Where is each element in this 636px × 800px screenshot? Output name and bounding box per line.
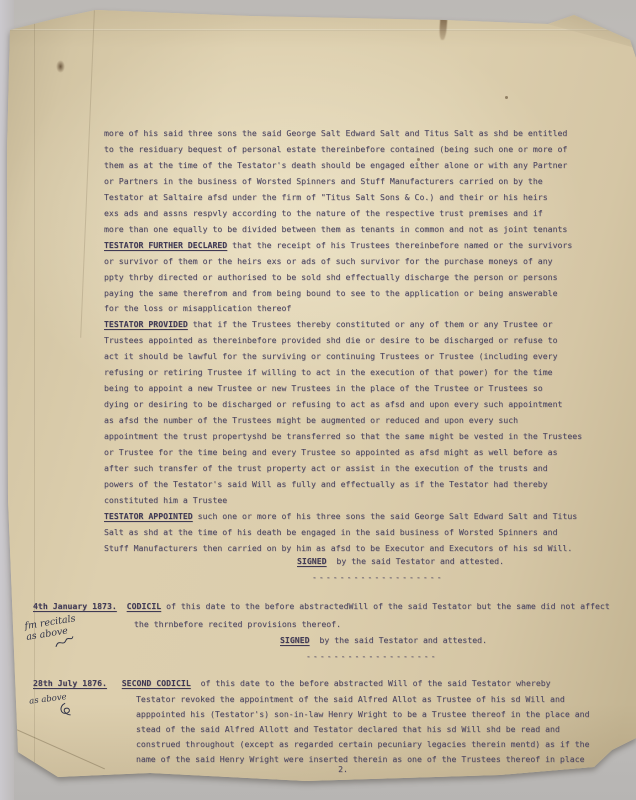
text-run: powers of the Testator's said Will as fu… bbox=[104, 479, 548, 489]
text-line: being to appoint a new Trustee or new Tr… bbox=[104, 381, 600, 397]
horizontal-fold-crease bbox=[0, 29, 636, 31]
text-run: more of his said three sons the said Geo… bbox=[104, 128, 567, 138]
text-line: ppty thrby directed or authorised to be … bbox=[104, 270, 600, 286]
text-run: them as at the time of the Testator's de… bbox=[104, 160, 567, 170]
codicil-1-headline: 4th January 1873. CODICIL of this date t… bbox=[33, 601, 610, 611]
underlined-text: SIGNED bbox=[297, 556, 327, 566]
text-run: for the loss or misapplication thereof bbox=[104, 303, 291, 313]
text-line: paying the same therefrom and from being… bbox=[104, 286, 600, 302]
text-run: Salt as shd at the time of his death be … bbox=[104, 527, 558, 537]
margin-note-handwritten: fm recitalsas above bbox=[24, 613, 80, 654]
page-number: 2. bbox=[104, 764, 582, 774]
text-line: or survivor of them or the heirs exs or … bbox=[104, 254, 600, 270]
text-line: refusing or retiring Trustee if willing … bbox=[104, 365, 600, 381]
underlined-text: 28th July 1876. bbox=[33, 678, 107, 688]
text-run: exs ads and assns respvly according to t… bbox=[104, 208, 543, 218]
text-run: such one or more of his three sons the s… bbox=[193, 511, 578, 521]
text-line: dying or desiring to be discharged or re… bbox=[104, 397, 600, 413]
codicil-2-continuation: Testator revoked the appointment of the … bbox=[136, 692, 590, 767]
text-run: being to appoint a new Trustee or new Tr… bbox=[104, 383, 543, 393]
text-run: by the said Testator and attested. bbox=[310, 635, 487, 645]
text-run: that the receipt of his Trustees therein… bbox=[227, 240, 572, 250]
text-line: construed throughout (except as regarded… bbox=[136, 737, 590, 752]
text-line: exs ads and assns respvly according to t… bbox=[104, 206, 600, 222]
underlined-text: TESTATOR PROVIDED bbox=[104, 319, 188, 329]
text-run: the thrnbefore recited provisions thereo… bbox=[134, 619, 341, 629]
attestation-line: SIGNED by the said Testator and attested… bbox=[297, 556, 504, 566]
text-run: refusing or retiring Trustee if willing … bbox=[104, 367, 553, 377]
underlined-text: TESTATOR APPOINTED bbox=[104, 511, 193, 521]
folded-corner-top-right bbox=[548, 14, 636, 48]
left-fold-crease bbox=[34, 6, 35, 776]
scanned-document-photo: more of his said three sons the said Geo… bbox=[0, 0, 636, 800]
text-line: or Trustee for the time being and every … bbox=[104, 445, 600, 461]
text-line: act it should be lawful for the survivin… bbox=[104, 349, 600, 365]
text-line: Salt as shd at the time of his death be … bbox=[104, 525, 600, 541]
text-line: powers of the Testator's said Will as fu… bbox=[104, 477, 600, 493]
underlined-text: 4th January 1873. bbox=[33, 601, 117, 611]
text-run: constituted him a Trustee bbox=[104, 495, 227, 505]
text-line: as afsd the number of the Trustees might… bbox=[104, 413, 600, 429]
text-run: Testator at Saltaire afsd under the firm… bbox=[104, 192, 548, 202]
will-abstract-body: more of his said three sons the said Geo… bbox=[104, 126, 600, 557]
underlined-text: TESTATOR FURTHER DECLARED bbox=[104, 240, 227, 250]
small-stain-mark bbox=[56, 60, 65, 73]
text-line: Trustees appointed as thereinbefore prov… bbox=[104, 333, 600, 349]
text-line: to the residuary bequest of personal est… bbox=[104, 142, 600, 158]
text-run: more than one equally to be divided betw… bbox=[104, 224, 567, 234]
text-run: or Partners in the business of Worsted S… bbox=[104, 176, 543, 186]
text-run bbox=[107, 678, 122, 688]
text-run: that if the Trustees thereby constituted… bbox=[188, 319, 553, 329]
paper-sheet: more of his said three sons the said Geo… bbox=[0, 0, 636, 800]
text-run: Stuff Manufacturers then carried on by h… bbox=[104, 543, 572, 553]
text-run: as afsd the number of the Trustees might… bbox=[104, 415, 518, 425]
text-line: the thrnbefore recited provisions thereo… bbox=[134, 617, 341, 633]
text-run: or survivor of them or the heirs exs or … bbox=[104, 256, 553, 266]
underlined-text: CODICIL bbox=[127, 601, 162, 611]
document-page: more of his said three sons the said Geo… bbox=[0, 0, 636, 800]
text-line: appointment the trust propertyshd be tra… bbox=[104, 429, 600, 445]
folded-corner-bottom-right bbox=[590, 742, 636, 778]
text-run: of this date to the before abstracted Wi… bbox=[191, 678, 551, 688]
text-run bbox=[117, 601, 127, 611]
text-run: stead of the said Alfred Allott and Test… bbox=[136, 724, 560, 734]
text-line: apppointed his (Testator's) son-in-law H… bbox=[136, 707, 590, 722]
text-line: after such transfer of the trust propert… bbox=[104, 461, 600, 477]
margin-note-handwritten: as above bbox=[29, 691, 76, 720]
text-line: Stuff Manufacturers then carried on by h… bbox=[104, 541, 600, 557]
text-run: construed throughout (except as regarded… bbox=[136, 739, 590, 749]
text-line: or Partners in the business of Worsted S… bbox=[104, 174, 600, 190]
paper-speck bbox=[505, 96, 508, 99]
separator-dashes: ------------------- bbox=[312, 572, 444, 582]
text-run: ppty thrby directed or authorised to be … bbox=[104, 272, 558, 282]
separator-dashes: ------------------- bbox=[306, 651, 438, 661]
ink-stain-mark bbox=[439, 6, 448, 40]
underlined-text: SECOND CODICIL bbox=[122, 678, 191, 688]
bottom-left-crease bbox=[0, 720, 105, 770]
text-run: dying or desiring to be discharged or re… bbox=[104, 399, 562, 409]
text-line: them as at the time of the Testator's de… bbox=[104, 158, 600, 174]
text-line: TESTATOR PROVIDED that if the Trustees t… bbox=[104, 317, 600, 333]
text-run: name of the said Henry Wright were inser… bbox=[136, 754, 585, 764]
codicil-1-continuation: the thrnbefore recited provisions thereo… bbox=[134, 617, 341, 633]
text-line: Testator revoked the appointment of the … bbox=[136, 692, 590, 707]
text-line: TESTATOR APPOINTED such one or more of h… bbox=[104, 509, 600, 525]
underlined-text: SIGNED bbox=[280, 635, 310, 645]
codicil-1-attestation-line: SIGNED by the said Testator and attested… bbox=[280, 635, 487, 645]
text-run: by the said Testator and attested. bbox=[327, 556, 504, 566]
codicil-2-headline: 28th July 1876. SECOND CODICIL of this d… bbox=[33, 678, 551, 688]
text-line: Testator at Saltaire afsd under the firm… bbox=[104, 190, 600, 206]
text-run: of this date to the before abstractedWil… bbox=[161, 601, 610, 611]
text-line: stead of the said Alfred Allott and Test… bbox=[136, 722, 590, 737]
text-run: paying the same therefrom and from being… bbox=[104, 288, 558, 298]
text-run: Trustees appointed as thereinbefore prov… bbox=[104, 335, 558, 345]
text-run: apppointed his (Testator's) son-in-law H… bbox=[136, 709, 590, 719]
text-line: more of his said three sons the said Geo… bbox=[104, 126, 600, 142]
text-run: appointment the trust propertyshd be tra… bbox=[104, 431, 582, 441]
text-line: for the loss or misapplication thereof bbox=[104, 301, 600, 317]
vertical-fold-crease bbox=[80, 8, 95, 338]
text-line: more than one equally to be divided betw… bbox=[104, 222, 600, 238]
text-run: to the residuary bequest of personal est… bbox=[104, 144, 567, 154]
text-run: Testator revoked the appointment of the … bbox=[136, 694, 565, 704]
text-line: TESTATOR FURTHER DECLARED that the recei… bbox=[104, 238, 600, 254]
text-run: after such transfer of the trust propert… bbox=[104, 463, 548, 473]
text-line: constituted him a Trustee bbox=[104, 493, 600, 509]
text-run: act it should be lawful for the survivin… bbox=[104, 351, 558, 361]
text-run: or Trustee for the time being and every … bbox=[104, 447, 558, 457]
